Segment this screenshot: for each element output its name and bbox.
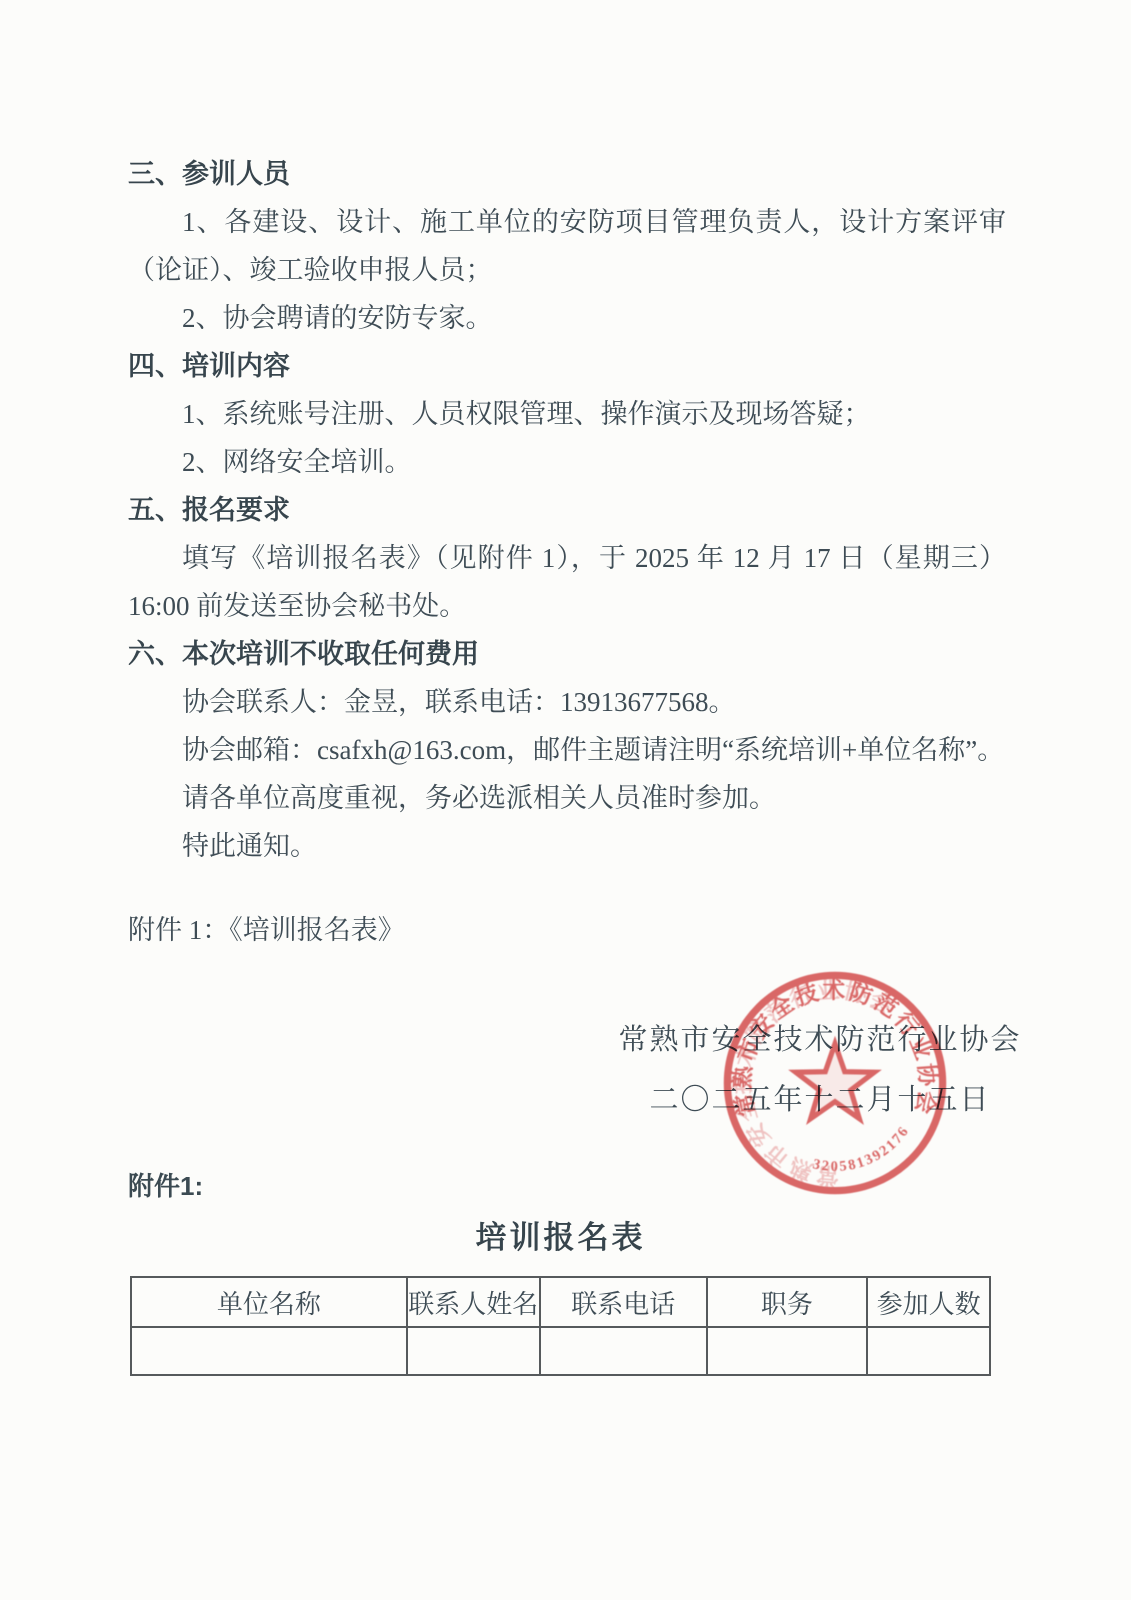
header-attendee-count: 参加人数 (867, 1277, 990, 1327)
section-heading-6: 六、本次培训不收取任何费用 (128, 630, 1006, 678)
section-heading-4: 四、培训内容 (128, 342, 1006, 390)
paragraph-contact: 协会联系人：金昱，联系电话：13913677568。 (128, 678, 1006, 726)
form-title: 培训报名表 (130, 1212, 991, 1257)
paragraph: 1、各建设、设计、施工单位的安防项目管理负责人，设计方案评审（论证）、竣工验收申… (128, 198, 1006, 294)
attachment-label: 附件1: (128, 1166, 203, 1203)
header-unit-name: 单位名称 (131, 1277, 407, 1327)
header-contact-phone: 联系电话 (540, 1277, 707, 1327)
table-cell (867, 1327, 990, 1375)
section-heading-5: 五、报名要求 (128, 486, 1006, 534)
attachment-reference: 附件 1：《培训报名表》 (128, 906, 1006, 954)
paragraph: 1、系统账号注册、人员权限管理、操作演示及现场答疑； (128, 390, 1006, 438)
header-contact-name: 联系人姓名 (407, 1277, 540, 1327)
table-cell (131, 1327, 407, 1375)
paragraph: 2、网络安全培训。 (128, 438, 1006, 486)
registration-table: 单位名称 联系人姓名 联系电话 职务 参加人数 (130, 1276, 991, 1376)
paragraph-email: 协会邮箱：csafxh@163.com，邮件主题请注明“系统培训+单位名称”。 (128, 726, 1006, 774)
paragraph: 请各单位高度重视，务必选派相关人员准时参加。 (128, 774, 1006, 822)
table-header-row: 单位名称 联系人姓名 联系电话 职务 参加人数 (131, 1277, 990, 1327)
table-cell (540, 1327, 707, 1375)
seal-star-icon (796, 1044, 875, 1119)
table-cell (707, 1327, 868, 1375)
table-row (131, 1327, 990, 1375)
official-seal: 常熟市安全技术防范行业协会 3205813921764 常熟市安全技术防范行业协… (716, 964, 954, 1202)
table-cell (407, 1327, 540, 1375)
notice-body: 三、参训人员 1、各建设、设计、施工单位的安防项目管理负责人，设计方案评审（论证… (128, 150, 1006, 954)
header-job-title: 职务 (707, 1277, 868, 1327)
paragraph-closing: 特此通知。 (128, 822, 1006, 870)
paragraph: 2、协会聘请的安防专家。 (128, 294, 1006, 342)
paragraph: 填写《培训报名表》（见附件 1），于 2025 年 12 月 17 日（星期三）… (128, 534, 1006, 630)
document-page: 三、参训人员 1、各建设、设计、施工单位的安防项目管理负责人，设计方案评审（论证… (0, 0, 1131, 1600)
seal-stamp-icon: 常熟市安全技术防范行业协会 3205813921764 常熟市安全技术防范行业协… (716, 964, 954, 1202)
section-heading-3: 三、参训人员 (128, 150, 1006, 198)
